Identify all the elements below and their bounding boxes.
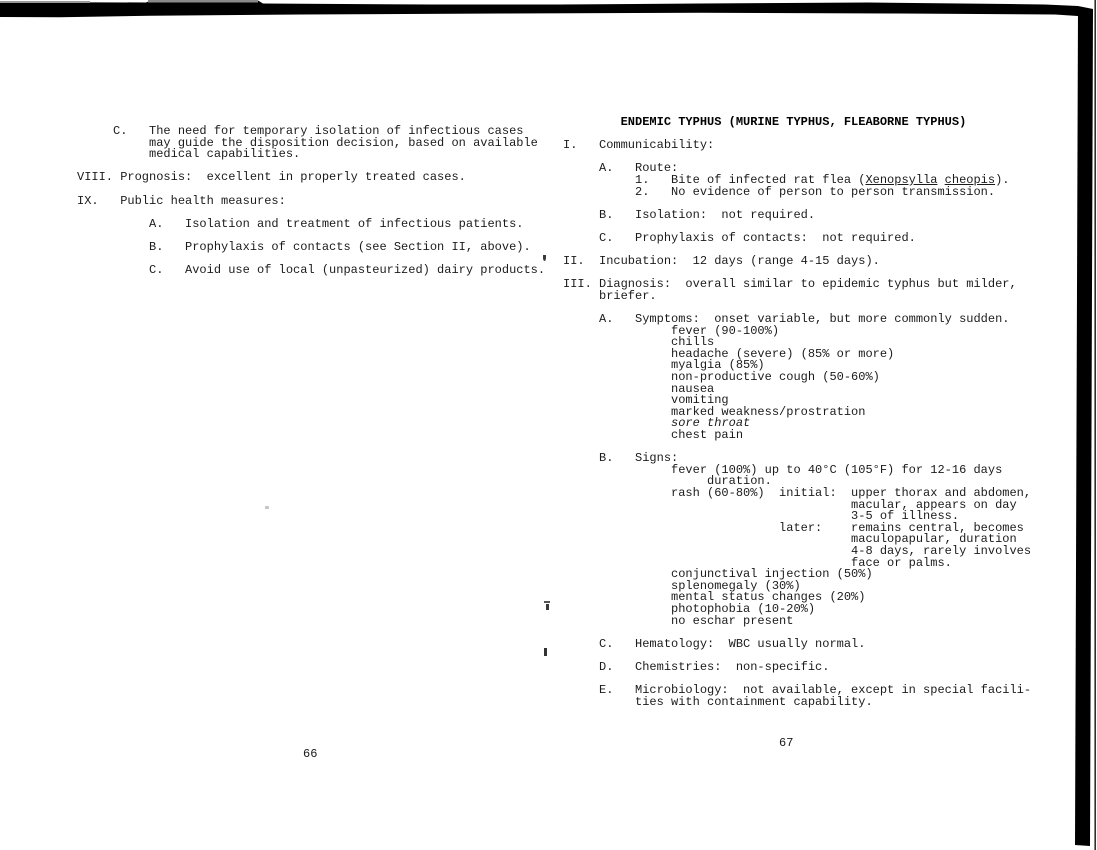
text-line: medical capabilities. [77, 149, 545, 161]
scan-border-top [0, 1, 1093, 18]
scan-speck [544, 601, 550, 603]
text-line: A. Isolation and treatment of infectious… [77, 219, 545, 231]
text-line: B. Prophylaxis of contacts (see Section … [77, 242, 545, 254]
scan-canvas: C. The need for temporary isolation of i… [0, 0, 1097, 850]
text-line: 2. No evidence of person to person trans… [563, 187, 1031, 199]
scan-speck [544, 648, 547, 656]
text-line: C. Avoid use of local (unpasteurized) da… [77, 265, 545, 277]
scan-border-right [1075, 8, 1093, 846]
text-line: I. Communicability: [563, 140, 1031, 152]
text-line: D. Chemistries: non-specific. [563, 662, 1031, 674]
text-line: ENDEMIC TYPHUS (MURINE TYPHUS, FLEABORNE… [563, 117, 1031, 129]
scan-speck [546, 604, 549, 610]
scan-border-top-highlight-left [0, 1, 90, 3]
text-line: B. Isolation: not required. [563, 210, 1031, 222]
scan-speck [265, 506, 269, 509]
text-line: briefer. [563, 291, 1031, 303]
scan-speck [543, 255, 546, 261]
left-page-number: 66 [303, 749, 317, 761]
text-line: no eschar present [563, 616, 1031, 628]
text-line: VIII. Prognosis: excellent in properly t… [77, 172, 545, 184]
scanned-document: { "document": { "left_page": { "page_num… [0, 0, 1097, 850]
text-line: IX. Public health measures: [77, 196, 545, 208]
text-line: C. Prophylaxis of contacts: not required… [563, 233, 1031, 245]
scan-edge-line [1094, 0, 1096, 850]
text-line: C. Hematology: WBC usually normal. [563, 639, 1031, 651]
text-line: ties with containment capability. [563, 697, 1031, 709]
text-line: II. Incubation: 12 days (range 4-15 days… [563, 256, 1031, 268]
text-line: chest pain [563, 430, 1031, 442]
right-page-number: 67 [779, 738, 793, 750]
right-page: ENDEMIC TYPHUS (MURINE TYPHUS, FLEABORNE… [563, 117, 1031, 708]
scan-border-top-highlight [148, 0, 258, 3]
left-page: C. The need for temporary isolation of i… [77, 126, 545, 277]
